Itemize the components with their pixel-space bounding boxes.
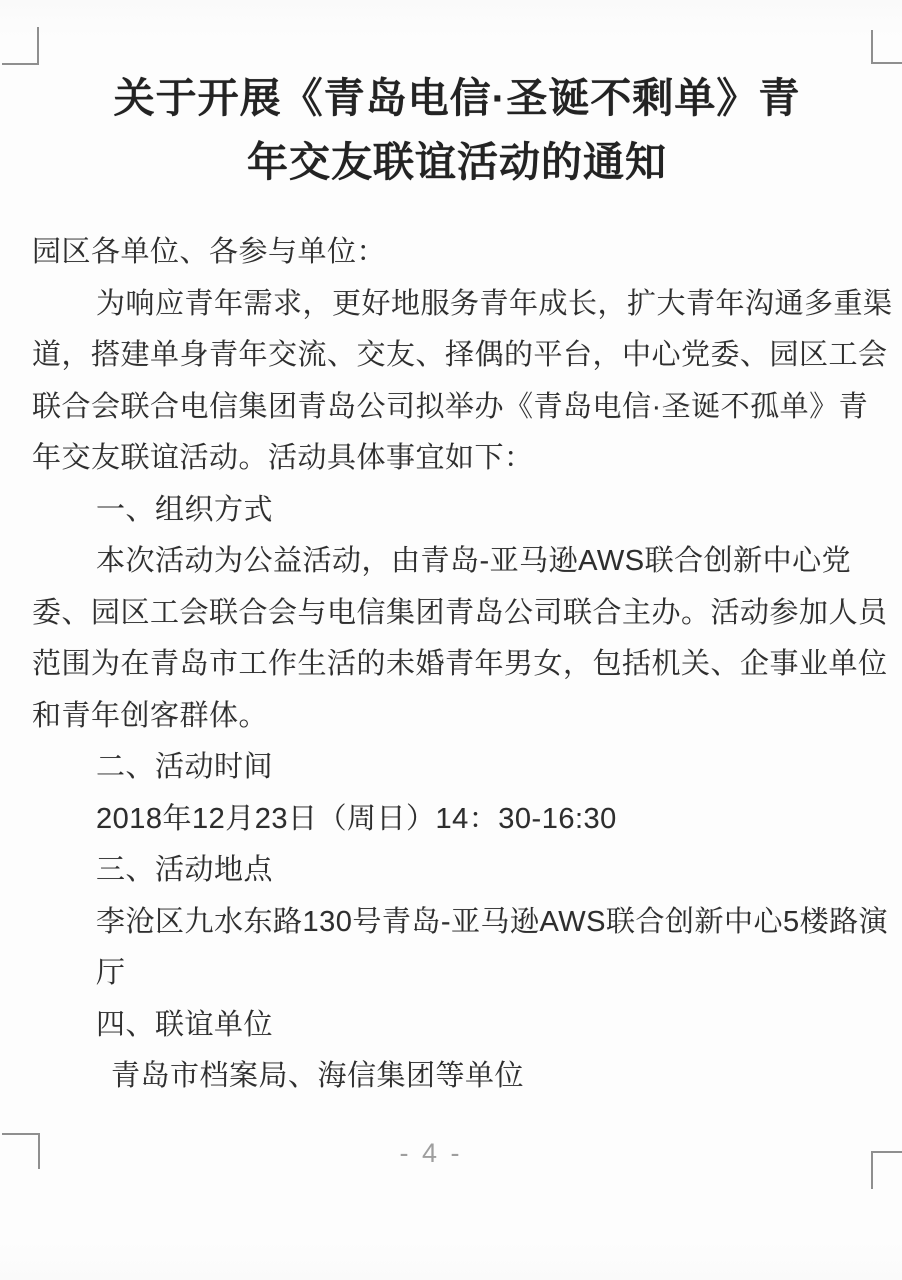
section-1-line-2: 委、园区工会联合会与电信集团青岛公司联合主办。活动参加人员 (32, 588, 882, 640)
text-boundary-mark-top-left (2, 27, 39, 65)
section-2-heading: 二、活动时间 (32, 742, 882, 794)
text-boundary-mark-top-right (871, 30, 902, 64)
intro-line-4: 年交友联谊活动。活动具体事宜如下： (32, 433, 882, 485)
title-line-1: 关于开展《青岛电信·圣诞不剩单》青 (32, 66, 882, 130)
partner-units-line: 青岛市档案局、海信集团等单位 (32, 1051, 882, 1103)
text-boundary-mark-bottom-right (871, 1151, 902, 1189)
intro-line-2: 道，搭建单身青年交流、交友、择偶的平台，中心党委、园区工会 (32, 330, 882, 382)
event-time-line: 2018年12月23日（周日）14：30-16:30 (32, 794, 882, 846)
document-title: 关于开展《青岛电信·圣诞不剩单》青 年交友联谊活动的通知 (32, 66, 882, 194)
page-number: - 4 - (6, 1134, 856, 1172)
document-text: 园区各单位、各参与单位： 为响应青年需求，更好地服务青年成长，扩大青年沟通多重渠… (32, 227, 882, 1103)
title-line-2: 年交友联谊活动的通知 (32, 130, 882, 194)
document-page: 关于开展《青岛电信·圣诞不剩单》青 年交友联谊活动的通知 园区各单位、各参与单位… (0, 0, 902, 1280)
salutation-line: 园区各单位、各参与单位： (32, 227, 882, 279)
event-address-line-2: 厅 (32, 948, 882, 1000)
section-1-heading: 一、组织方式 (32, 485, 882, 537)
section-1-line-1: 本次活动为公益活动，由青岛-亚马逊AWS联合创新中心党 (32, 536, 882, 588)
section-3-heading: 三、活动地点 (32, 845, 882, 897)
section-4-heading: 四、联谊单位 (32, 1000, 882, 1052)
intro-line-3: 联合会联合电信集团青岛公司拟举办《青岛电信·圣诞不孤单》青 (32, 382, 882, 434)
document-body: 关于开展《青岛电信·圣诞不剩单》青 年交友联谊活动的通知 园区各单位、各参与单位… (32, 66, 882, 1103)
section-1-line-4: 和青年创客群体。 (32, 691, 882, 743)
event-address-line-1: 李沧区九水东路130号青岛-亚马逊AWS联合创新中心5楼路演 (32, 897, 882, 949)
section-1-line-3: 范围为在青岛市工作生活的未婚青年男女，包括机关、企事业单位 (32, 639, 882, 691)
intro-line-1: 为响应青年需求，更好地服务青年成长，扩大青年沟通多重渠 (32, 279, 882, 331)
